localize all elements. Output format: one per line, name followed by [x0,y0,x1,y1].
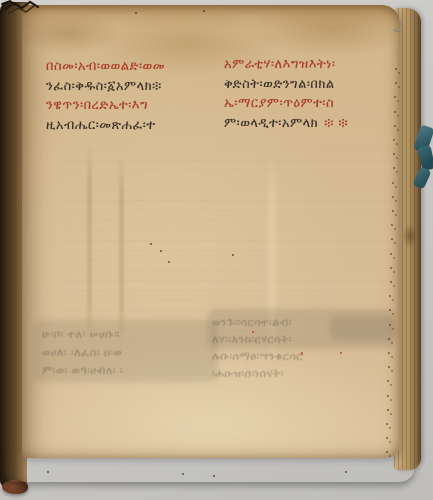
text-line: ኤ፡ማርያም፡ጥዕምተ፡ስ [224,94,394,114]
faded-text-line: ፡ሐዑዝ፡ሰ፡ነሰናት፡ [212,365,392,382]
incipit-right-column: አምራቲሃ፡ለእግዝእትነ፡ ቅድስት፡ወድንግል፡በክል ኤ፡ማርያም፡ጥዕም… [224,55,394,133]
faded-text-line: ም፡ወ፡ ወዓ፡ሀብለ፡ ፡ [42,362,214,380]
text-line: ንፈስ፡ቅዱስ፡፩አምላክ፨ [46,77,214,97]
binding-stitch-threads [0,0,60,24]
text-line: በስመ፡አብ፡ወወልድ፡ወመ [46,57,214,77]
manuscript-book: 2 በስመ፡አብ፡ወወልድ፡ወመ ንፈስ፡ቅዱስ፡፩አምላክ፨ ንዌጥን፡በረድ… [0,0,433,500]
faded-text-line: ሁ፡ቦ፡ ተለ፡ ሠሀቡ። [42,326,214,344]
incipit-left-column: በስመ፡አብ፡ወወልድ፡ወመ ንፈስ፡ቅዱስ፡፩አምላክ፨ ንዌጥን፡በረድኤተ… [46,57,214,135]
text-line: አምራቲሃ፡ለእግዝእትነ፡ [224,55,394,75]
text-line: ም፡ወላዲተ፡አምላክ፨ ፨ [224,114,394,134]
text-line: ቅድስት፡ወድንግል፡በክል [224,75,394,95]
spine-tailband [2,480,28,494]
teal-thread [413,124,433,192]
photo-backdrop: 2 በስመ፡አብ፡ወወልድ፡ወመ ንፈስ፡ቅዱስ፡፩አምላክ፨ ንዌጥን፡በረድ… [0,0,433,500]
faded-text-left-column: ሁ፡ቦ፡ ተለ፡ ሠሀቡ። ወሀለ፡ ፡ለፈሰ፡ ዐ፡ወ ም፡ወ፡ ወዓ፡ሀብለ… [42,326,214,380]
text-segment: ም፡ወላዲተ፡አምላክ [224,116,318,131]
faded-text-right-column: ወንጉ፡፡ሳርሳተ፡ልብ፡ ለሃ፡፡እንከ፡ርሃርሳት፡ ሉቡ፡ሰማፀ፡ሣንቁር… [212,314,392,382]
faded-text-line: ወንጉ፡፡ሳርሳተ፡ልብ፡ [212,314,392,331]
text-line: ዚአብሔር፡መጽሐፈ፡ተ [46,116,214,136]
faded-text-line: ለሃ፡፡እንከ፡ርሃርሳት፡ [212,331,392,348]
faded-text-line: ወሀለ፡ ፡ለፈሰ፡ ዐ፡ወ [42,344,214,362]
faded-text-line: ሉቡ፡ሰማፀ፡ሣንቁርሳሮ [212,348,392,365]
text-line: ንዌጥን፡በረድኤተ፡እግ [46,96,214,116]
parchment-crease [120,155,123,343]
parchment-crease [88,143,91,343]
paragraph-separator-marks: ፨ ፨ [324,116,348,131]
